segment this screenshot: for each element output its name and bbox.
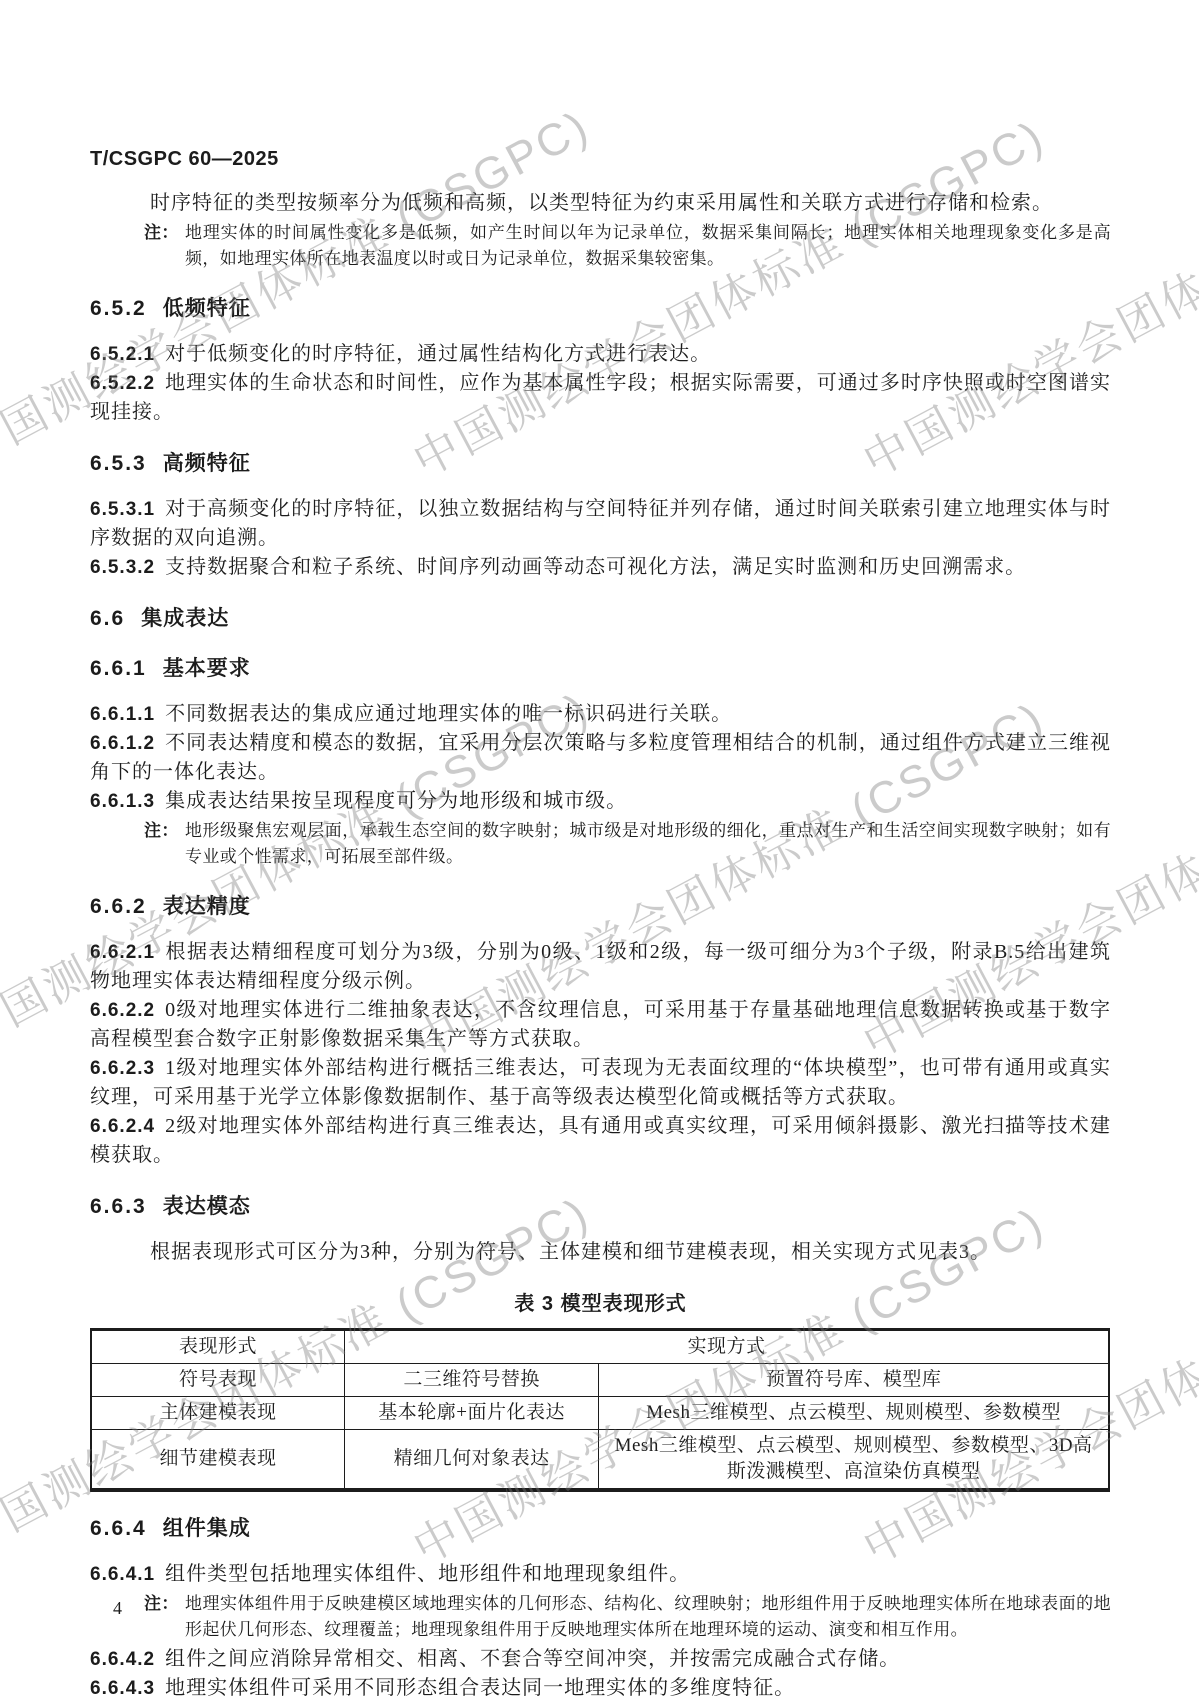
- clause-6621: 6.6.2.1根据表达精细程度可划分为3级，分别为0级、1级和2级，每一级可细分…: [90, 938, 1111, 996]
- section-heading-653: 6.5.3高频特征: [90, 451, 1111, 477]
- note-label: 注：: [144, 818, 185, 870]
- table-header-cell: 表现形式: [91, 1330, 345, 1364]
- clause-6623: 6.6.2.31级对地理实体外部结构进行概括三维表达，可表现为无表面纹理的“体块…: [90, 1054, 1111, 1112]
- clause-6643: 6.6.4.3地理实体组件可采用不同形态组合表达同一地理实体的多维度特征。: [90, 1674, 1111, 1696]
- page-number: 4: [113, 1598, 122, 1619]
- clause-6613: 6.6.1.3集成表达结果按呈现程度可分为地形级和城市级。: [90, 787, 1111, 816]
- note-text: 地形级聚焦宏观层面，承载生态空间的数字映射；城市级是对地形级的细化，重点对生产和…: [185, 818, 1111, 870]
- clause-6532: 6.5.3.2支持数据聚合和粒子系统、时间序列动画等动态可视化方法，满足实时监测…: [90, 553, 1111, 582]
- clause-6611: 6.6.1.1不同数据表达的集成应通过地理实体的唯一标识码进行关联。: [90, 700, 1111, 729]
- clause-6521: 6.5.2.1对于低频变化的时序特征，通过属性结构化方式进行表达。: [90, 340, 1111, 369]
- table-row: 符号表现 二三维符号替换 预置符号库、模型库: [91, 1364, 1109, 1397]
- clause-6622: 6.6.2.20级对地理实体进行二维抽象表达，不含纹理信息，可采用基于存量基础地…: [90, 996, 1111, 1054]
- section-heading-652: 6.5.2低频特征: [90, 296, 1111, 322]
- intro-paragraph: 时序特征的类型按频率分为低频和高频，以类型特征为约束采用属性和关联方式进行存储和…: [90, 189, 1111, 218]
- table-header-cell: 实现方式: [345, 1330, 1110, 1364]
- note-label: 注：: [144, 220, 185, 272]
- page-content: T/CSGPC 60—2025 时序特征的类型按频率分为低频和高频，以类型特征为…: [90, 148, 1111, 1696]
- section-heading-66: 6.6集成表达: [90, 606, 1111, 632]
- section-heading-664: 6.6.4组件集成: [90, 1516, 1111, 1542]
- section-heading-663: 6.6.3表达模态: [90, 1194, 1111, 1220]
- table-row: 细节建模表现 精细几何对象表达 Mesh三维模型、点云模型、规则模型、参数模型、…: [91, 1430, 1109, 1491]
- table-header-row: 表现形式 实现方式: [91, 1330, 1109, 1364]
- clause-6642: 6.6.4.2组件之间应消除异常相交、相离、不套合等空间冲突，并按需完成融合式存…: [90, 1645, 1111, 1674]
- note-label: 注：: [144, 1591, 185, 1643]
- clause-6612: 6.6.1.2不同表达精度和模态的数据，宜采用分层次策略与多粒度管理相结合的机制…: [90, 729, 1111, 787]
- note-text: 地理实体的时间属性变化多是低频，如产生时间以年为记录单位，数据采集间隔长；地理实…: [185, 220, 1111, 272]
- clause-6641: 6.6.4.1组件类型包括地理实体组件、地形组件和地理现象组件。: [90, 1560, 1111, 1589]
- clause-6624: 6.6.2.42级对地理实体外部结构进行真三维表达，具有通用或真实纹理，可采用倾…: [90, 1112, 1111, 1170]
- section-heading-662: 6.6.2表达精度: [90, 894, 1111, 920]
- modality-intro-paragraph: 根据表现形式可区分为3种，分别为符号、主体建模和细节建模表现，相关实现方式见表3…: [90, 1238, 1111, 1267]
- clause-6531: 6.5.3.1对于高频变化的时序特征，以独立数据结构与空间特征并列存储，通过时间…: [90, 495, 1111, 553]
- document-number-header: T/CSGPC 60—2025: [90, 148, 1111, 171]
- clause-6522: 6.5.2.2地理实体的生命状态和时间性，应作为基本属性字段；根据实际需要，可通…: [90, 369, 1111, 427]
- document-page: 中国测绘学会团体标准 (CSGPC) 中国测绘学会团体标准 (CSGPC) 中国…: [0, 0, 1199, 1696]
- table3-model-forms: 表现形式 实现方式 符号表现 二三维符号替换 预置符号库、模型库 主体建模表现 …: [90, 1328, 1110, 1492]
- table3-caption: 表 3 模型表现形式: [90, 1287, 1111, 1316]
- section-heading-661: 6.6.1基本要求: [90, 656, 1111, 682]
- note-text: 地理实体组件用于反映建模区域地理实体的几何形态、结构化、纹理映射；地形组件用于反…: [185, 1591, 1111, 1643]
- table-row: 主体建模表现 基本轮廓+面片化表达 Mesh三维模型、点云模型、规则模型、参数模…: [91, 1397, 1109, 1430]
- note-block: 注： 地理实体组件用于反映建模区域地理实体的几何形态、结构化、纹理映射；地形组件…: [144, 1591, 1111, 1643]
- note-block: 注： 地形级聚焦宏观层面，承载生态空间的数字映射；城市级是对地形级的细化，重点对…: [144, 818, 1111, 870]
- note-block: 注： 地理实体的时间属性变化多是低频，如产生时间以年为记录单位，数据采集间隔长；…: [144, 220, 1111, 272]
